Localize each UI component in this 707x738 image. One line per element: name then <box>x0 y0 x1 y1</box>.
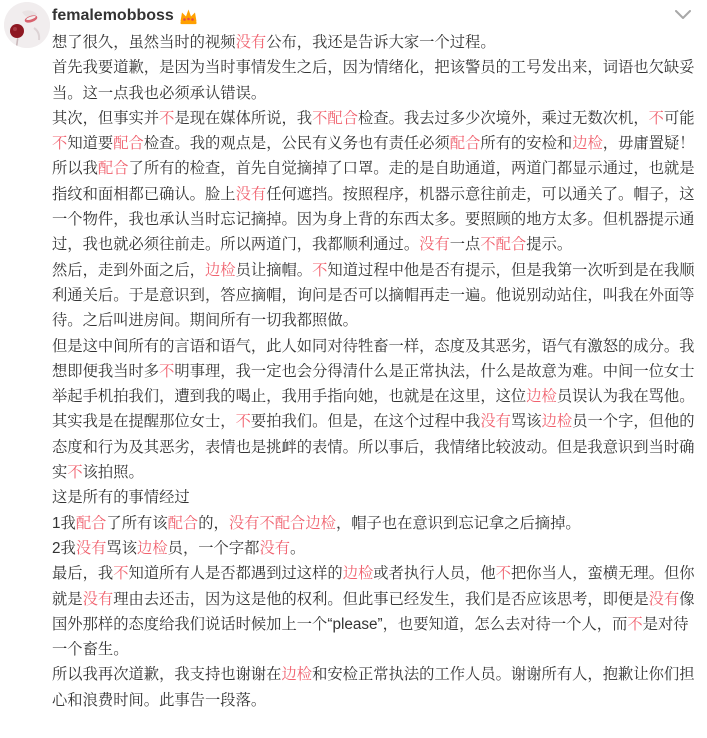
post-line: 实不该拍照。 <box>52 460 700 485</box>
post-line: 国外那样的态度给我们说话时候加上一个“please”，也要知道，怎么去对待一个人… <box>52 612 700 637</box>
text-segment: 员误认为我在骂他。 <box>557 388 695 405</box>
highlighted-text: 不 <box>627 616 642 633</box>
text-segment: 一个畜生。 <box>52 641 129 658</box>
highlighted-text: 不 <box>113 565 128 582</box>
text-segment: 所以我再次道歉，我支持也谢谢在 <box>52 666 281 683</box>
highlighted-text: 没有 <box>236 34 267 51</box>
post-line: 待。之后叫进房间。期间所有一切我都照做。 <box>52 308 700 333</box>
post-line: 过，我也就必须往前走。所以两道门，我都顺利通过。没有一点不配合提示。 <box>52 232 700 257</box>
text-segment: 想即便我当时多 <box>52 363 159 380</box>
highlighted-text: 边检 <box>542 413 573 430</box>
post-line: 就是没有理由去还击，因为这是他的权利。但此事已经发生，我们是否应该思考，即便是没… <box>52 587 700 612</box>
text-segment: 国外那样的态度给我们说话时候加上一个“please”，也要知道，怎么去对待一个人… <box>52 616 627 633</box>
avatar-image <box>4 2 50 48</box>
highlighted-text: 不 <box>236 413 251 430</box>
post-line: 所以我再次道歉，我支持也谢谢在边检和安检正常执法的工作人员。谢谢所有人，抱歉让你… <box>52 662 700 687</box>
text-segment: 理由去还击，因为这是他的权利。但此事已经发生，我们是否应该思考，即便是 <box>113 591 648 608</box>
text-segment: 或者执行人员，他 <box>373 565 495 582</box>
crown-icon <box>179 8 198 25</box>
post-line: 态度和行为及其恶劣，表情也是挑衅的表情。所以事后，我情绪比较波动。但是我意识到当… <box>52 435 700 460</box>
highlighted-text: 没有 <box>419 236 450 253</box>
highlighted-text: 没有 <box>236 186 267 203</box>
post-card: femalemobboss 想了很久，虽然当时的视频没有公布，我还是告诉大家一个… <box>0 0 707 738</box>
text-segment: 和安检正常执法的工作人员。谢谢所有人，抱歉让你们担 <box>312 666 694 683</box>
highlighted-text: 不配合 <box>480 236 526 253</box>
highlighted-text: 配合 <box>113 135 144 152</box>
highlighted-text: 边检 <box>343 565 374 582</box>
highlighted-text: 配合 <box>168 515 199 532</box>
post-line: 其实我是在提醒那位女士，不要拍我们。但是，在这个过程中我没有骂该边检员一个字，但… <box>52 409 700 434</box>
text-segment: 所以我 <box>52 160 98 177</box>
post-line: 首先我要道歉，是因为当时事情发生之后，因为情绪化，把该警员的工号发出来，词语也欠… <box>52 55 700 80</box>
text-segment: 的， <box>198 515 229 532</box>
text-segment: ，毋庸置疑！ <box>603 135 695 152</box>
text-segment: 利通关后。于是意识到，答应摘帽，询问是否可以摘帽再走一遍。他说别动站住，叫我在外… <box>52 287 694 304</box>
highlighted-text: 没有 <box>649 591 680 608</box>
text-segment: 态度和行为及其恶劣，表情也是挑衅的表情。所以事后，我情绪比较波动。但是我意识到当… <box>52 439 694 456</box>
text-segment: 想了很久，虽然当时的视频 <box>52 34 236 51</box>
text-segment: 员，一个字都 <box>168 540 260 557</box>
text-segment: 明事理，我一定也会分得清什么是正常执法，什么是故意为难。中间一位女士 <box>174 363 694 380</box>
text-segment: 然后，走到外面之后， <box>52 262 205 279</box>
text-segment: 其次，但事实并 <box>52 110 159 127</box>
post-line: 指纹和面相都已确认。脸上没有任何遮挡。按照程序，机器示意往前走，可以通关了。帽子… <box>52 182 700 207</box>
post-line: 想即便我当时多不明事理，我一定也会分得清什么是正常执法，什么是故意为难。中间一位… <box>52 359 700 384</box>
text-segment: 检查。我去过多少次境外，乘过无数次机， <box>358 110 649 127</box>
post-line: 最后，我不知道所有人是否都遇到过这样的边检或者执行人员，他不把你当人，蛮横无理。… <box>52 561 700 586</box>
highlighted-text: 不配合 <box>312 110 358 127</box>
text-segment: 指纹和面相都已确认。脸上 <box>52 186 236 203</box>
post-line: 心和浪费时间。此事告一段落。 <box>52 688 700 713</box>
text-segment: 公布，我还是告诉大家一个过程。 <box>266 34 495 51</box>
highlighted-text: 边检 <box>572 135 603 152</box>
text-segment: 骂该 <box>511 413 542 430</box>
text-segment: 其实我是在提醒那位女士， <box>52 413 236 430</box>
text-segment: 过，我也就必须往前走。所以两道门，我都顺利通过。 <box>52 236 419 253</box>
text-segment: 待。之后叫进房间。期间所有一切我都照做。 <box>52 312 358 329</box>
text-segment: 要拍我们。但是，在这个过程中我 <box>251 413 480 430</box>
post-line: 当。这一点我也必须承认错误。 <box>52 81 700 106</box>
post-line: 1我配合了所有该配合的，没有不配合边检，帽子也在意识到忘记拿之后摘掉。 <box>52 511 700 536</box>
highlighted-text: 没有 <box>480 413 511 430</box>
text-segment: 一点 <box>450 236 481 253</box>
text-segment: 是现在媒体所说，我 <box>174 110 312 127</box>
text-segment: 把你当人，蛮横无理。但你 <box>511 565 695 582</box>
text-segment: 骂该 <box>106 540 137 557</box>
text-segment: 知道过程中他是否有提示，但是我第一次听到是在我顺 <box>327 262 694 279</box>
text-segment: 举起手机拍我们，遭到我的喝止，我用手指向她，也就是在这里，这位 <box>52 388 526 405</box>
post-line: 利通关后。于是意识到，答应摘帽，询问是否可以摘帽再走一遍。他说别动站住，叫我在外… <box>52 283 700 308</box>
highlighted-text: 不 <box>312 262 327 279</box>
highlighted-text: 没有 <box>83 591 114 608</box>
post-line: 但是这中间所有的言语和语气，此人如同对待牲畜一样，态度及其恶劣，语气有激怒的成分… <box>52 334 700 359</box>
text-segment: 当。这一点我也必须承认错误。 <box>52 85 266 102</box>
post-line: 不知道要配合检查。我的观点是，公民有义务也有责任必须配合所有的安检和边检，毋庸置… <box>52 131 700 156</box>
text-segment: 检查。我的观点是，公民有义务也有责任必须 <box>144 135 450 152</box>
text-segment: 知道所有人是否都遇到过这样的 <box>129 565 343 582</box>
text-segment: 2我 <box>52 540 76 557</box>
text-segment: 。 <box>290 540 305 557</box>
text-segment: 实 <box>52 464 67 481</box>
text-segment: 任何遮挡。按照程序，机器示意往前走，可以通关了。帽子，这 <box>266 186 694 203</box>
highlighted-text: 没有 <box>76 540 107 557</box>
highlighted-text: 没有不配合边检 <box>229 515 336 532</box>
text-segment: ，帽子也在意识到忘记拿之后摘掉。 <box>336 515 581 532</box>
post-body: 想了很久，虽然当时的视频没有公布，我还是告诉大家一个过程。首先我要道歉，是因为当… <box>52 30 700 713</box>
highlighted-text: 不 <box>496 565 511 582</box>
text-segment: 像 <box>679 591 694 608</box>
highlighted-text: 配合 <box>98 160 129 177</box>
text-segment: 心和浪费时间。此事告一段落。 <box>52 692 266 709</box>
text-segment: 所有的安检和 <box>480 135 572 152</box>
text-segment: 首先我要道歉，是因为当时事情发生之后，因为情绪化，把该警员的工号发出来，词语也欠… <box>52 59 694 76</box>
username[interactable]: femalemobboss <box>52 5 174 27</box>
post-line: 举起手机拍我们，遭到我的喝止，我用手指向她，也就是在这里，这位边检员误认为我在骂… <box>52 384 700 409</box>
post-line: 2我没有骂该边检员，一个字都没有。 <box>52 536 700 561</box>
text-segment: 这是所有的事情经过 <box>52 489 190 506</box>
text-segment: 知道要 <box>67 135 113 152</box>
post-line: 其次，但事实并不是现在媒体所说，我不配合检查。我去过多少次境外，乘过无数次机，不… <box>52 106 700 131</box>
text-segment: 提示。 <box>526 236 572 253</box>
post-header: femalemobboss <box>52 5 198 27</box>
text-segment: 了所有的检查，首先自觉摘掉了口罩。走的是自助通道，两道门都显示通过，也就是 <box>129 160 695 177</box>
text-segment: 是对待 <box>643 616 689 633</box>
text-segment: 1我 <box>52 515 76 532</box>
highlighted-text: 没有 <box>259 540 290 557</box>
text-segment: 一个物件，我也承认当时忘记摘掉。因为身上背的东西太多。要照顾的地方太多。但机器提… <box>52 211 694 228</box>
highlighted-text: 边检 <box>137 540 168 557</box>
text-segment: 但是这中间所有的言语和语气，此人如同对待牲畜一样，态度及其恶劣，语气有激怒的成分… <box>52 338 694 355</box>
highlighted-text: 边检 <box>526 388 557 405</box>
highlighted-text: 不 <box>159 363 174 380</box>
highlighted-text: 不 <box>159 110 174 127</box>
post-line: 一个畜生。 <box>52 637 700 662</box>
highlighted-text: 不 <box>67 464 82 481</box>
post-line: 然后，走到外面之后，边检员让摘帽。不知道过程中他是否有提示，但是我第一次听到是在… <box>52 258 700 283</box>
text-segment: 就是 <box>52 591 83 608</box>
highlighted-text: 配合 <box>76 515 107 532</box>
text-segment: 该拍照。 <box>83 464 144 481</box>
highlighted-text: 配合 <box>450 135 481 152</box>
text-segment: 最后，我 <box>52 565 113 582</box>
post-line: 一个物件，我也承认当时忘记摘掉。因为身上背的东西太多。要照顾的地方太多。但机器提… <box>52 207 700 232</box>
highlighted-text: 不 <box>649 110 664 127</box>
avatar[interactable] <box>4 2 50 48</box>
post-line: 这是所有的事情经过 <box>52 485 700 510</box>
chevron-down-icon[interactable] <box>673 6 693 24</box>
text-segment: 员一个字，但他的 <box>572 413 694 430</box>
text-segment: 员让摘帽。 <box>236 262 313 279</box>
post-line: 所以我配合了所有的检查，首先自觉摘掉了口罩。走的是自助通道，两道门都显示通过，也… <box>52 156 700 181</box>
highlighted-text: 边检 <box>205 262 236 279</box>
highlighted-text: 边检 <box>281 666 312 683</box>
highlighted-text: 不 <box>52 135 67 152</box>
post-line: 想了很久，虽然当时的视频没有公布，我还是告诉大家一个过程。 <box>52 30 700 55</box>
text-segment: 了所有该 <box>106 515 167 532</box>
text-segment: 可能 <box>664 110 695 127</box>
